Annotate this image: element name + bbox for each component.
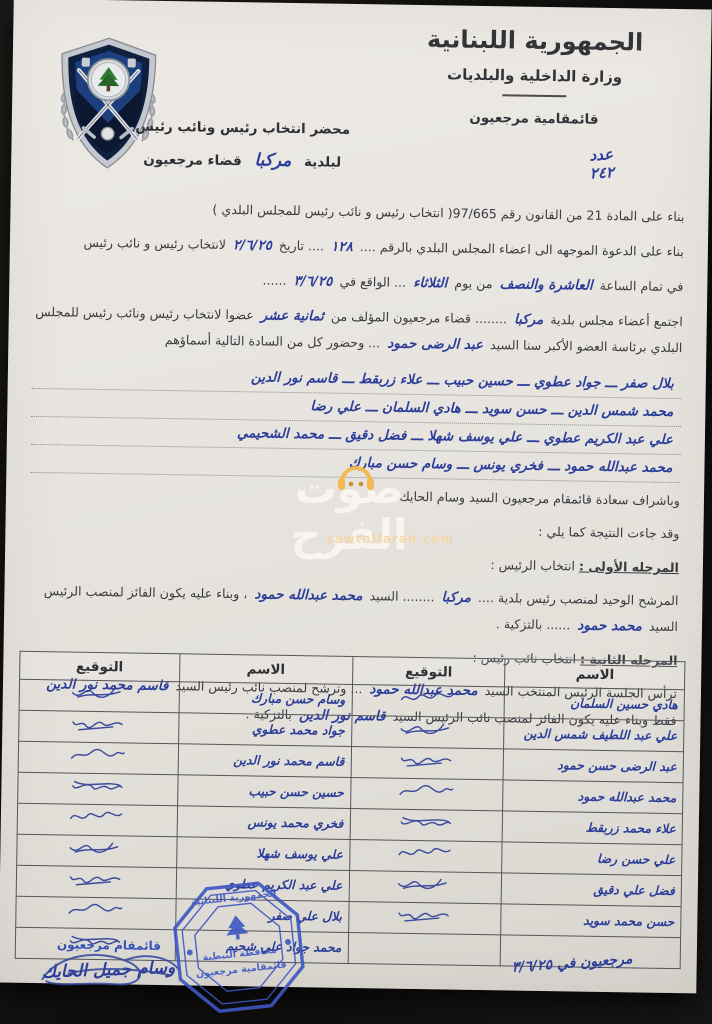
member-name-cell: وسام حسن مبارك (179, 682, 352, 716)
member-signature-cell (348, 901, 501, 934)
basis-line-1: بناء على المادة 21 من القانون رقم 97/665… (34, 195, 684, 230)
printed-text: لانتخاب رئيس و نائب رئيس (83, 234, 226, 251)
member-name-cell: علي يوسف شهلا (176, 837, 349, 871)
member-name-cell: علاء محمد زربقط (503, 811, 683, 845)
photo-background: الجمهورية اللبنانية وزارة الداخلية والبل… (0, 0, 712, 1024)
printed-text: بناء على الدعوة الموجهه الى اعضاء المجلس… (360, 239, 684, 259)
member-name-cell: محمد عبدالله حمود (503, 780, 683, 814)
member-name-cell: فضل علي دقيق (502, 873, 682, 907)
member-signature-cell (16, 896, 176, 930)
handwritten-day: الثلاثاء (413, 275, 447, 292)
printed-text: ...... بالتزكية . (496, 616, 571, 632)
handwritten-municipality: مركبا (514, 312, 544, 328)
member-signature-cell (17, 803, 177, 837)
basis-line-2: بناء على الدعوة الموجهه الى اعضاء المجلس… (34, 228, 684, 265)
letterhead: الجمهورية اللبنانية وزارة الداخلية والبل… (374, 24, 696, 129)
handwritten-winner: محمد حمود (577, 618, 642, 635)
printed-text: وباشراف سعادة قائمقام مرجعيون السيد وسام… (399, 488, 680, 507)
printed-text: .... تاريخ (279, 237, 324, 253)
member-signature-cell (350, 777, 503, 810)
phase1-paragraph: المرشح الوحيد لمنصب رئيس بلدية .... مركب… (28, 578, 679, 641)
member-signature-cell (350, 808, 503, 841)
table-header-cell: الاسم (179, 654, 352, 685)
document-paper: الجمهورية اللبنانية وزارة الداخلية والبل… (0, 0, 712, 993)
document-title: محضر انتخاب رئيس ونائب رئيس لبلدية مركبا… (127, 118, 358, 172)
member-name-cell: فخري محمد يونس (177, 806, 350, 840)
member-name-cell: علي حسن رضا (502, 842, 682, 876)
member-name-cell: جواد محمد عطوي (178, 713, 351, 747)
supervision-line: وباشراف سعادة قائمقام مرجعيون السيد وسام… (30, 479, 680, 514)
phase1-heading-rest: انتخاب الرئيس : (490, 557, 575, 573)
member-signature-cell (349, 839, 502, 872)
handwritten-candidate: محمد عبدالله حمود (254, 586, 362, 604)
member-name-cell: حسن محمد سويد (501, 904, 681, 938)
title-line1: محضر انتخاب رئيس ونائب رئيس (128, 118, 358, 138)
member-signature-cell (351, 715, 504, 748)
result-intro-line: وقد جاءت النتيجة كما يلي : (29, 512, 679, 547)
document-number: عدد ٢٤٢ (588, 145, 614, 182)
number-value: ٢٤٢ (589, 163, 614, 182)
printed-text: ... وحضور كل من السادة التالية أسماؤهم (165, 332, 381, 350)
member-name-cell: قاسم محمد نور الدين (178, 744, 351, 778)
member-signature-cell (18, 741, 178, 775)
member-signature-cell (19, 679, 179, 713)
member-signature-cell (19, 710, 179, 744)
kaimakam-signature-scribble (28, 943, 189, 998)
municipality-name-handwritten: مركبا (254, 150, 291, 171)
ministry-title: وزارة الداخلية والبلديات (375, 64, 695, 87)
printed-text: بناء على المادة 21 من القانون رقم 97/665… (212, 202, 684, 224)
member-name-cell: عبد الرضى حسن حمود (504, 749, 684, 783)
printed-text: ........ قضاء مرجعيون المؤلف من (331, 309, 507, 327)
printed-text: ... الواقع في (339, 274, 406, 290)
letterhead-divider (502, 94, 566, 97)
handwritten-date: ٣/٦/٢٥ (294, 273, 333, 290)
member-signature-cell (348, 932, 501, 965)
attendee-name-lines: بلال صفر ـــ جواد عطوي ـــ حسين حبيب ـــ… (30, 361, 682, 483)
printed-text: ...... (262, 272, 286, 287)
member-signature-cell (16, 865, 176, 899)
member-signature-cell (351, 746, 504, 779)
handwritten-count: ثمانية عشر (261, 308, 324, 325)
member-name-cell: حسين حسن حبيب (177, 775, 350, 809)
phase1-heading: المرحله الأولى : انتخاب الرئيس : (29, 546, 679, 580)
number-label: عدد (588, 145, 613, 164)
district-office-label: قائمقامية مرجعيون (374, 108, 694, 129)
phase1-heading-underlined: المرحله الأولى : (579, 558, 679, 575)
title-line2: لبلدية مركبا قضاء مرجعيون (127, 148, 357, 172)
handwritten-date: ٢/٦/٢٥ (233, 237, 272, 254)
title-suffix: قضاء مرجعيون (143, 152, 242, 170)
table-header-cell: الاسم (505, 659, 685, 690)
official-stamp: الجمهورية اللبنانية محافظة النبطية قائمق… (162, 875, 315, 1019)
printed-text: المرشح الوحيد لمنصب رئيس بلدية .... (478, 590, 679, 608)
table-header-cell: التوقيع (352, 656, 505, 686)
table-header-cell: التوقيع (20, 651, 180, 682)
printed-text: ........ السيد (369, 588, 434, 604)
handwritten-time: العاشرة والنصف (499, 276, 592, 293)
member-signature-cell (349, 870, 502, 903)
member-signature-cell (17, 834, 177, 868)
signature-table: الاسمالتوقيعالاسمالتوقيع هادي حسين السلم… (15, 651, 686, 969)
time-line: في تمام الساعة العاشرة والنصف من يوم الث… (33, 264, 683, 301)
republic-title: الجمهورية اللبنانية (375, 24, 695, 57)
member-signature-cell (352, 684, 505, 717)
member-name-cell: هادي حسين السلمان (504, 687, 684, 721)
title-prefix: لبلدية (304, 154, 341, 171)
meeting-paragraph: اجتمع أعضاء مجلس بلدية مركبا ........ قض… (32, 299, 683, 362)
printed-text: اجتمع أعضاء مجلس بلدية (550, 312, 683, 329)
handwritten-municipality: مركبا (441, 589, 471, 605)
member-name-cell: علي عبد اللطيف شمس الدين (504, 718, 684, 752)
handwritten-number: ١٢٨ (331, 238, 353, 254)
handwritten-elder-name: عبد الرضى حمود (387, 336, 483, 354)
printed-text: من يوم (454, 275, 492, 291)
printed-text: في تمام الساعة (600, 278, 684, 294)
printed-text: وقد جاءت النتيجة كما يلي : (538, 524, 679, 541)
member-signature-cell (18, 772, 178, 806)
